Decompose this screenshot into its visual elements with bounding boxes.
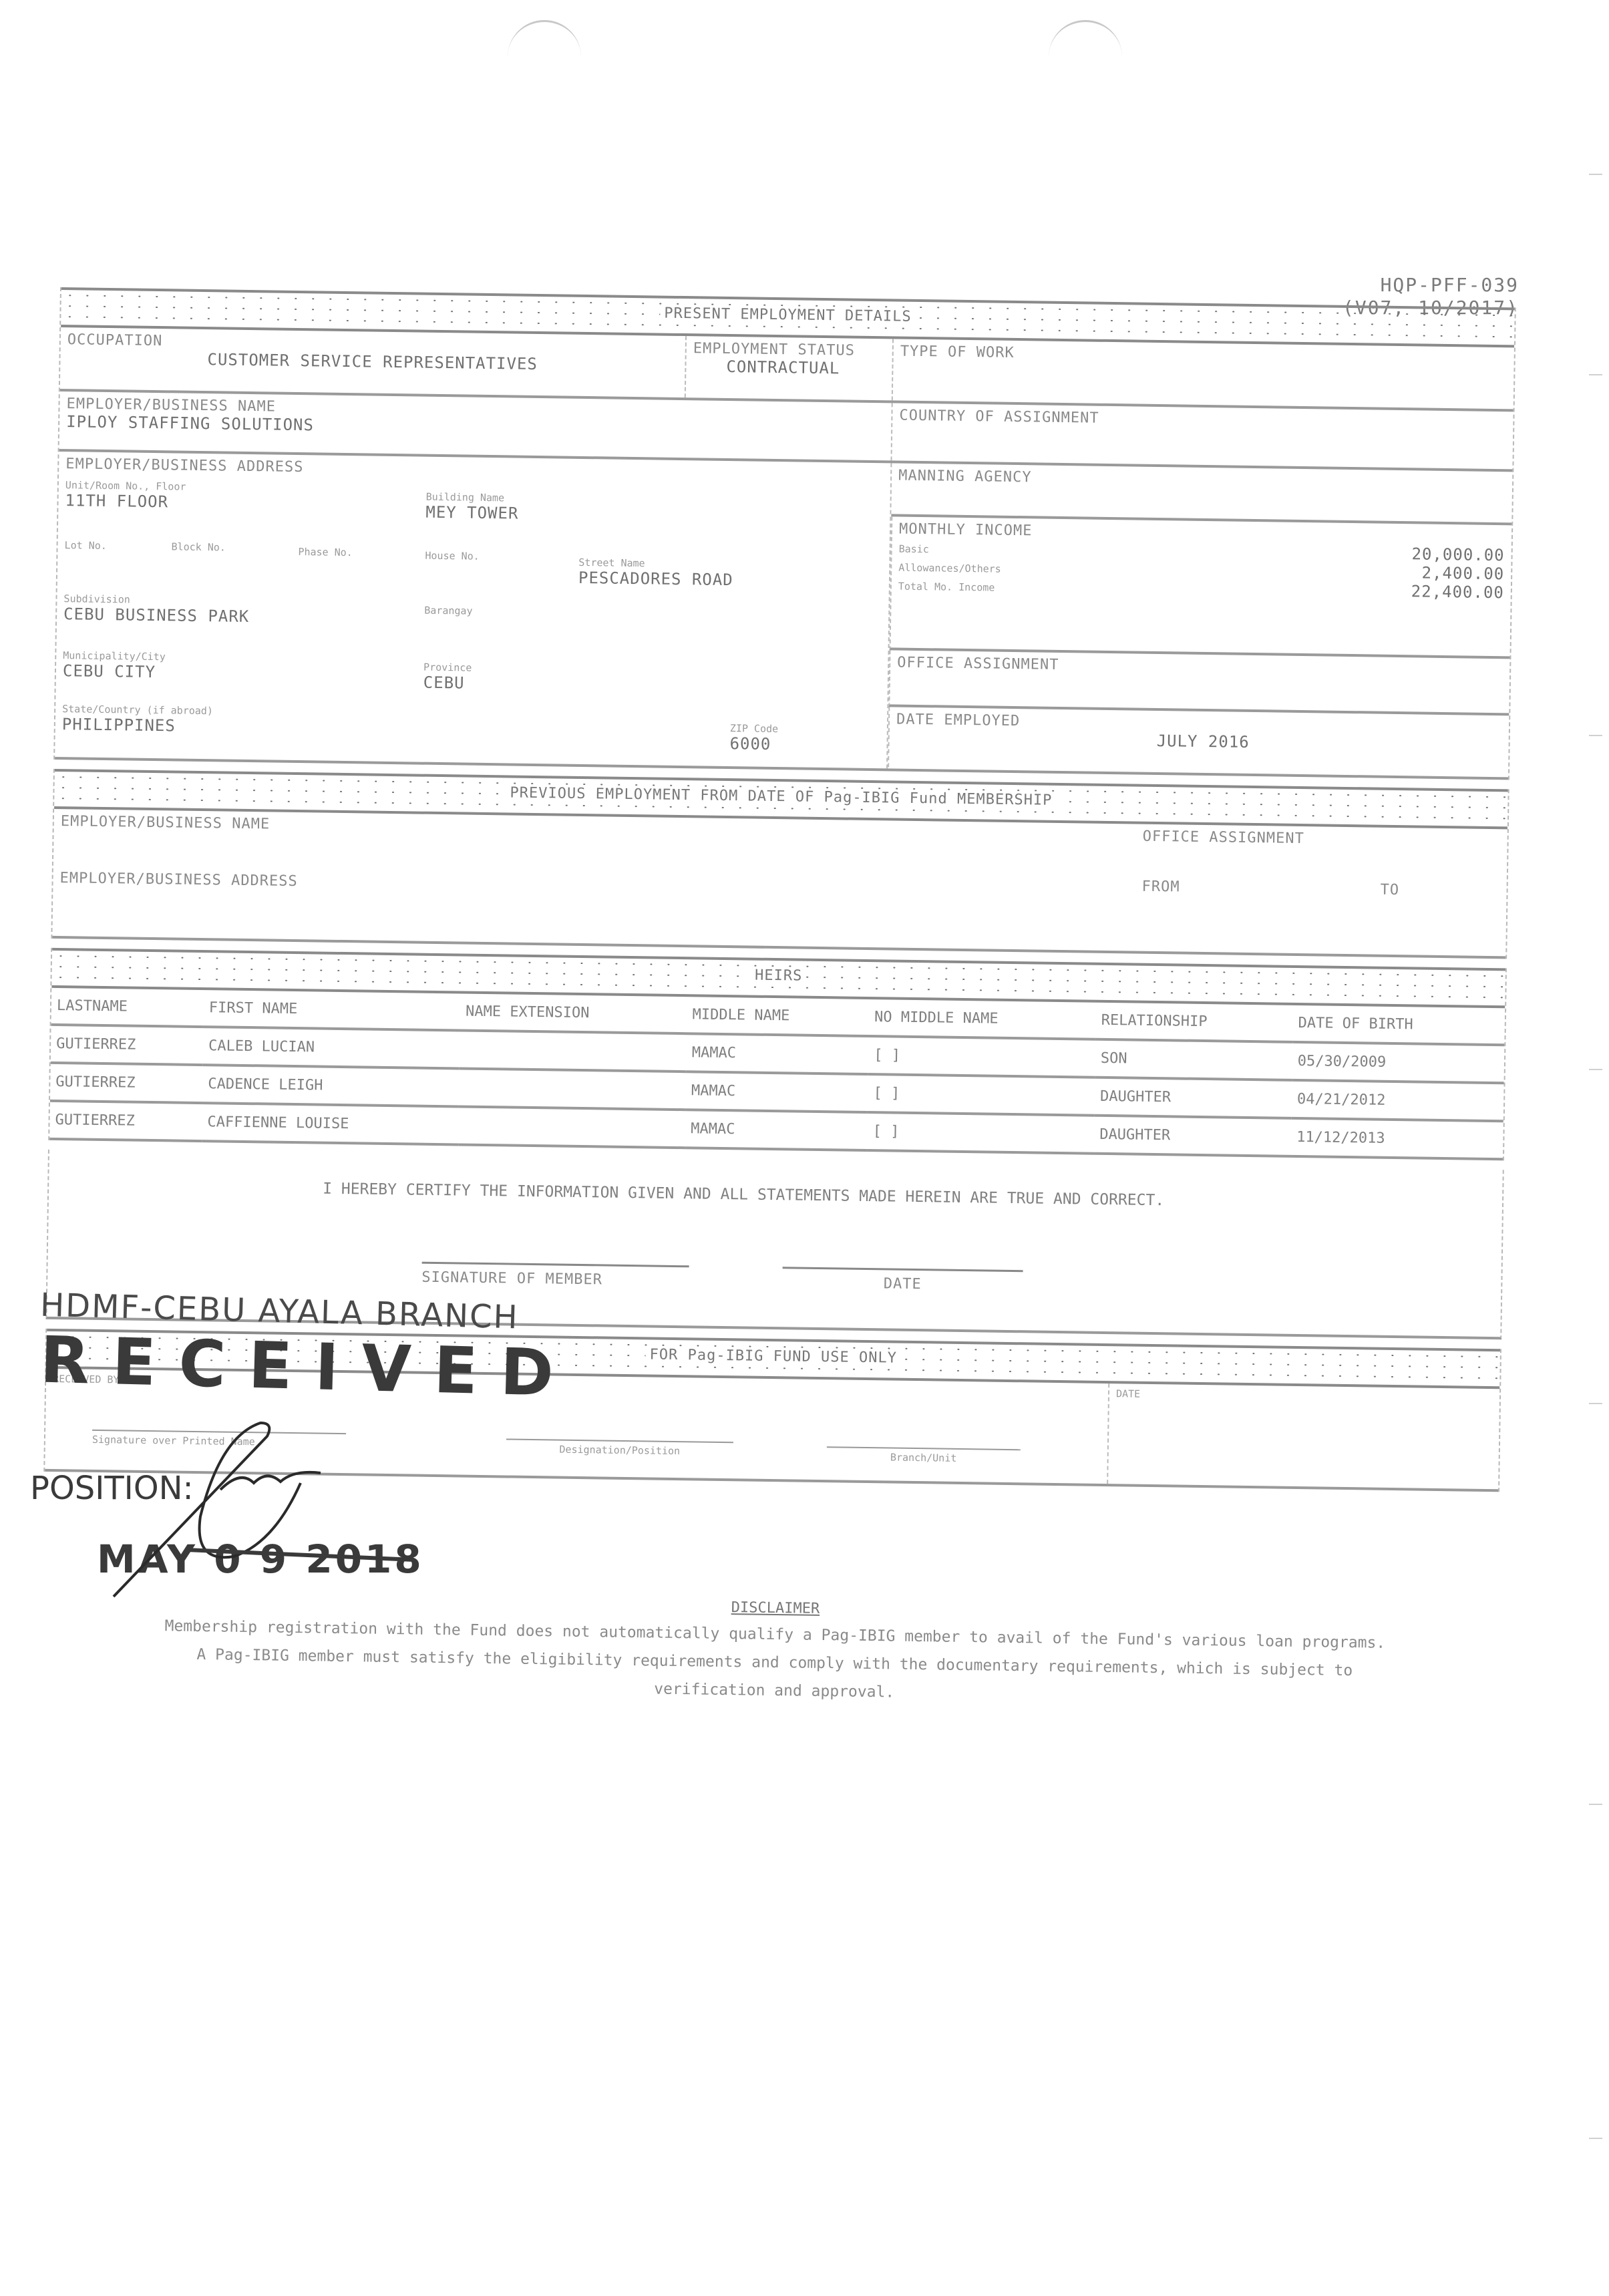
employment-status-field: EMPLOYMENT STATUS CONTRACTUAL bbox=[685, 336, 892, 400]
house-field: House No. bbox=[425, 550, 480, 562]
country-of-assignment-field: COUNTRY OF ASSIGNMENT bbox=[890, 403, 1513, 469]
monthly-income-field: MONTHLY INCOME Basic20,000.00 Allowances… bbox=[890, 516, 1512, 659]
page-edge-mark bbox=[1589, 2138, 1602, 2139]
member-signature-line: SIGNATURE OF MEMBER bbox=[421, 1262, 689, 1290]
zip-field: ZIP Code6000 bbox=[729, 722, 778, 754]
handwritten-signature bbox=[100, 1410, 448, 1610]
basic-income: 20,000.00 bbox=[1411, 544, 1504, 564]
disclaimer: DISCLAIMER Membership registration with … bbox=[160, 1591, 1390, 1717]
certification-text: I HEREBY CERTIFY THE INFORMATION GIVEN A… bbox=[323, 1180, 1164, 1210]
fund-date-field: DATE bbox=[1107, 1383, 1499, 1489]
punch-hole bbox=[508, 20, 581, 69]
barangay-field: Barangay bbox=[424, 605, 472, 617]
occupation-field: OCCUPATION CUSTOMER SERVICE REPRESENTATI… bbox=[60, 327, 685, 397]
no-middle-name-checkbox: [ ] bbox=[867, 1112, 1094, 1154]
page-edge-mark bbox=[1589, 1403, 1602, 1404]
page-edge-mark bbox=[1589, 735, 1602, 736]
punch-hole bbox=[1049, 20, 1122, 69]
lot-field: Lot No. bbox=[64, 539, 106, 552]
received-stamp: RECEIVED bbox=[39, 1323, 577, 1412]
prev-office-field: OFFICE ASSIGNMENT FROM TO bbox=[1134, 824, 1507, 957]
no-middle-name-checkbox: [ ] bbox=[868, 1074, 1095, 1116]
present-employment-section: PRESENT EMPLOYMENT DETAILS OCCUPATION CU… bbox=[53, 287, 1516, 780]
page-edge-mark bbox=[1589, 1069, 1602, 1070]
page-edge-mark bbox=[1589, 174, 1602, 175]
province-field: ProvinceCEBU bbox=[423, 661, 472, 693]
phase-field: Phase No. bbox=[298, 546, 353, 558]
scanned-form-page: HQP-PFF-039 (V07, 10/2017) PRESENT EMPLO… bbox=[0, 0, 1609, 2296]
heirs-table: LASTNAME FIRST NAME NAME EXTENSION MIDDL… bbox=[49, 988, 1505, 1160]
street-field: Street NamePESCADORES ROAD bbox=[578, 556, 733, 589]
block-field: Block No. bbox=[171, 540, 226, 553]
office-assignment-field: OFFICE ASSIGNMENT bbox=[888, 650, 1509, 715]
page-edge-mark bbox=[1589, 374, 1602, 375]
manning-agency-field: MANNING AGENCY bbox=[891, 463, 1512, 525]
unit-field: Unit/Room No., Floor11TH FLOOR bbox=[65, 479, 186, 512]
no-middle-name-checkbox: [ ] bbox=[868, 1036, 1095, 1078]
heirs-section: HEIRS LASTNAME FIRST NAME NAME EXTENSION… bbox=[48, 948, 1507, 1160]
allowances-income: 2,400.00 bbox=[1421, 564, 1504, 584]
building-field: Building NameMEY TOWER bbox=[425, 491, 519, 523]
subdivision-field: SubdivisionCEBU BUSINESS PARK bbox=[63, 593, 250, 626]
prev-employer-field: EMPLOYER/BUSINESS NAME EMPLOYER/BUSINESS… bbox=[52, 809, 1135, 951]
date-employed-field: DATE EMPLOYED JULY 2016 bbox=[888, 707, 1509, 776]
type-of-work-field: TYPE OF WORK bbox=[892, 339, 1514, 409]
total-income: 22,400.00 bbox=[1411, 582, 1504, 602]
right-column: MANNING AGENCY MONTHLY INCOME Basic20,00… bbox=[886, 463, 1512, 777]
municipality-field: Municipality/CityCEBU CITY bbox=[63, 649, 166, 681]
employer-name-field: EMPLOYER/BUSINESS NAME IPLOY STAFFING SO… bbox=[59, 391, 892, 460]
page-edge-mark bbox=[1589, 1804, 1602, 1805]
member-date-line: DATE bbox=[782, 1267, 1023, 1294]
employer-address-field: EMPLOYER/BUSINESS ADDRESS Unit/Room No.,… bbox=[55, 452, 890, 768]
state-country-field: State/Country (if abroad)PHILIPPINES bbox=[62, 703, 213, 735]
previous-employment-section: PREVIOUS EMPLOYMENT FROM DATE OF Pag-IBI… bbox=[51, 769, 1509, 959]
